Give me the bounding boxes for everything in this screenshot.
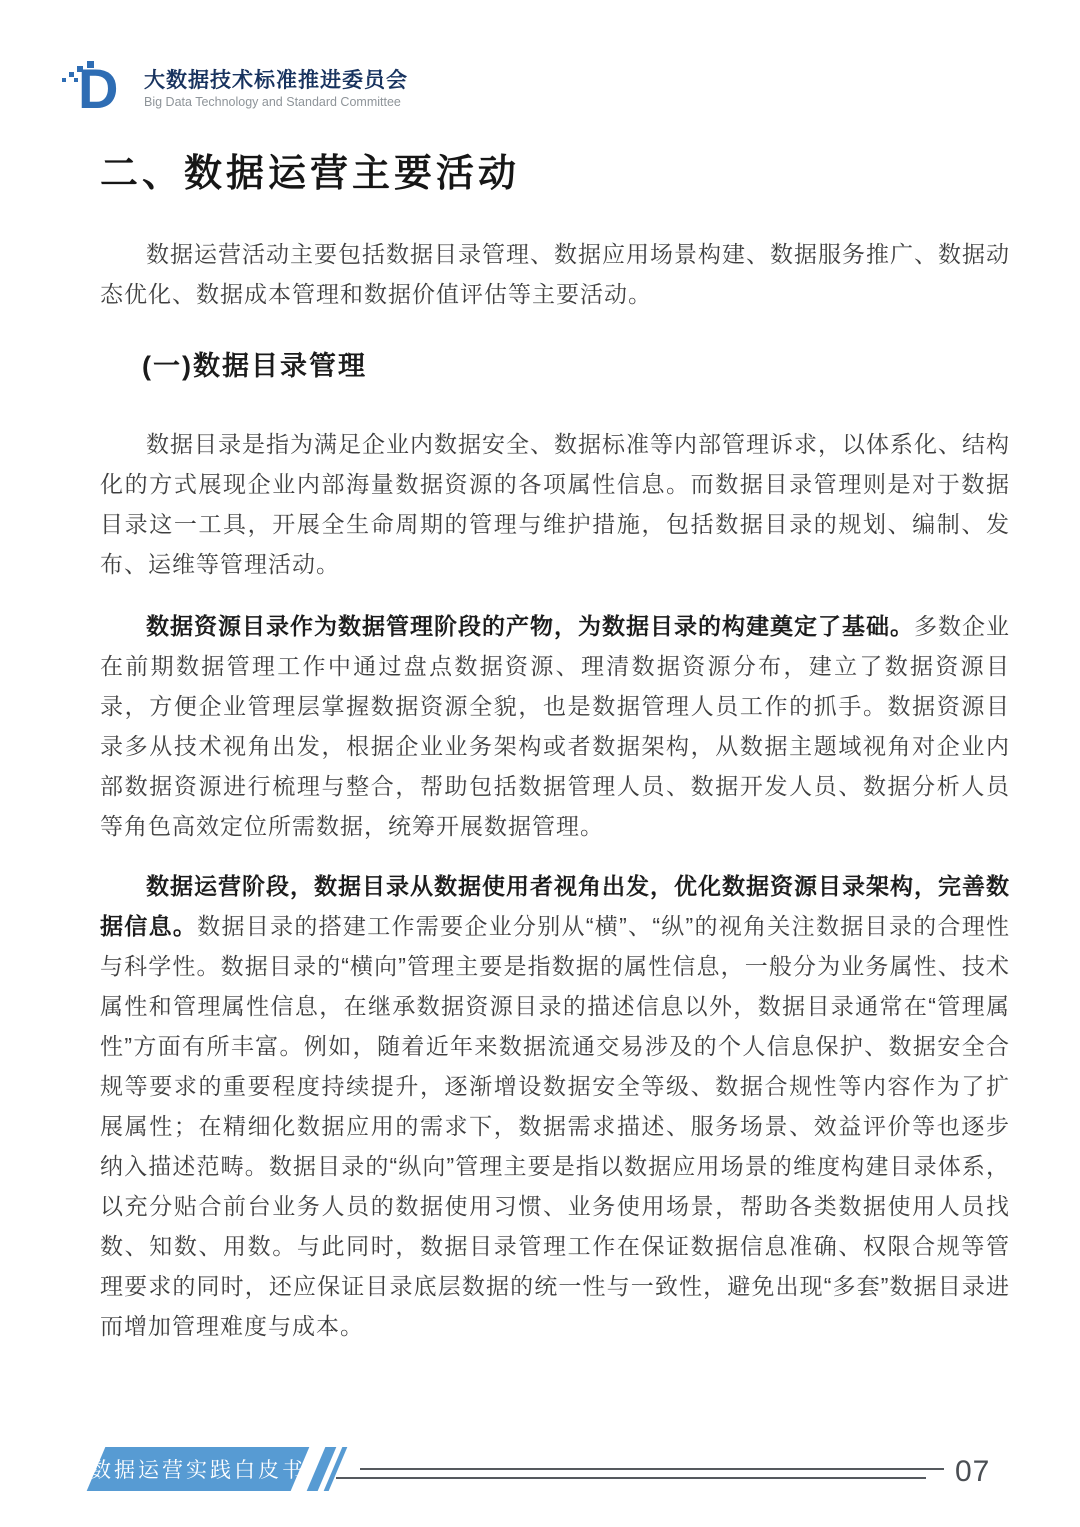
paragraph-2: 数据资源目录作为数据管理阶段的产物，为数据目录的构建奠定了基础。多数企业在前期数…: [100, 606, 1010, 846]
paragraph-1: 数据目录是指为满足企业内数据安全、数据标准等内部管理诉求，以体系化、结构化的方式…: [100, 424, 1010, 584]
footer-rule-bottom: [336, 1477, 926, 1479]
paragraph-3: 数据运营阶段，数据目录从数据使用者视角出发，优化数据资源目录架构，完善数据信息。…: [100, 866, 1010, 1346]
footer-badge-label: 数据运营实践白皮书: [90, 1454, 306, 1484]
page-number: 07: [955, 1455, 990, 1489]
paragraph-2-body: 多数企业在前期数据管理工作中通过盘点数据资源、理清数据资源分布，建立了数据资源目…: [100, 613, 1010, 839]
page-title: 二、数据运营主要活动: [100, 150, 1010, 198]
paragraph-2-lead: 数据资源目录作为数据管理阶段的产物，为数据目录的构建奠定了基础。: [146, 613, 914, 639]
intro-paragraph: 数据运营活动主要包括数据目录管理、数据应用场景构建、数据服务推广、数据动态优化、…: [100, 234, 1010, 314]
content-column: 二、数据运营主要活动 数据运营活动主要包括数据目录管理、数据应用场景构建、数据服…: [100, 0, 1010, 1346]
document-page: D 大数据技术标准推进委员会 Big Data Technology and S…: [0, 0, 1080, 1527]
paragraph-1-body: 数据目录是指为满足企业内数据安全、数据标准等内部管理诉求，以体系化、结构化的方式…: [100, 431, 1010, 577]
footer-badge: 数据运营实践白皮书: [87, 1447, 310, 1491]
paragraph-3-body: 数据目录的搭建工作需要企业分别从“横”、“纵”的视角关注数据目录的合理性与科学性…: [100, 913, 1010, 1339]
footer-rule-top: [360, 1468, 944, 1470]
section-title: (一)数据目录管理: [142, 348, 1010, 384]
